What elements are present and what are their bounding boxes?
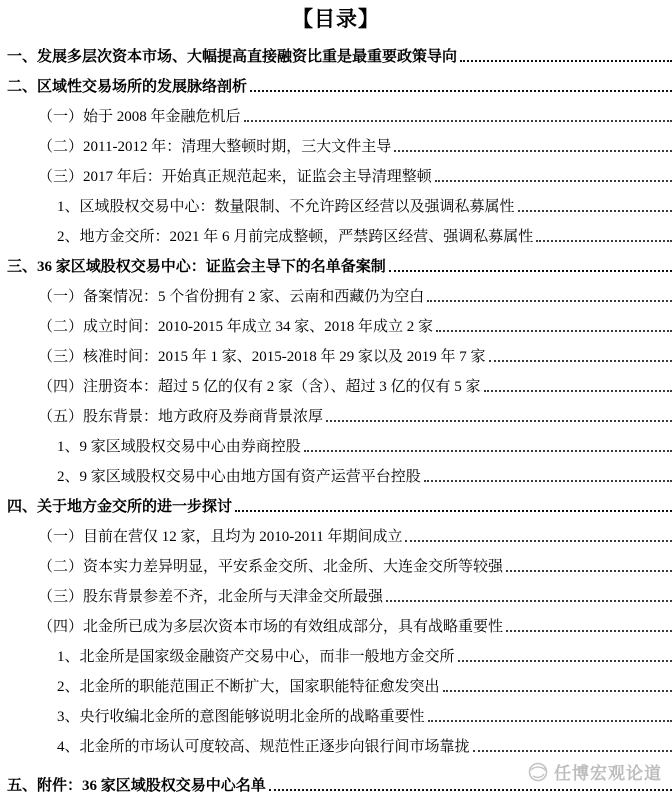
toc-item-text: （四）注册资本：超过 5 亿的仅有 2 家（含）、超过 3 亿的仅有 5 家 <box>38 375 484 396</box>
dotted-leader <box>250 90 672 92</box>
dotted-leader <box>389 270 672 272</box>
toc-item: 1、区域股权交易中心：数量限制、不允许跨区经营以及强调私募属性 <box>0 190 672 220</box>
dotted-leader <box>269 789 672 791</box>
dotted-leader <box>428 720 672 722</box>
toc-item: 1、9 家区域股权交易中心由券商控股 <box>0 430 672 460</box>
page-title: 【目录】 <box>0 0 672 40</box>
toc-item-text: （二）2011-2012 年：清理大整顿时期，三大文件主导 <box>38 135 394 156</box>
toc-item: （五）股东背景：地方政府及券商背景浓厚 <box>0 400 672 430</box>
toc-item-text: （四）北金所已成为多层次资本市场的有效组成部分，具有战略重要性 <box>38 615 506 636</box>
dotted-leader <box>536 240 672 242</box>
toc-item: 2、地方金交所：2021 年 6 月前完成整顿，严禁跨区经营、强调私募属性 <box>0 220 672 250</box>
dotted-leader <box>436 330 672 332</box>
dotted-leader <box>435 180 672 182</box>
dotted-leader <box>394 150 672 152</box>
toc-item: 一、发展多层次资本市场、大幅提高直接融资比重是最重要政策导向 <box>0 40 672 70</box>
toc-item: 三、36 家区域股权交易中心：证监会主导下的名单备案制 <box>0 250 672 280</box>
watermark-logo-icon <box>527 761 549 783</box>
toc-item-text: 五、附件：36 家区域股权交易中心名单 <box>7 774 269 795</box>
toc-item: （三）股东背景参差不齐，北金所与天津金交所最强 <box>0 580 672 610</box>
watermark-text: 任博宏观论道 <box>554 759 662 784</box>
toc-item: 1、北金所是国家级金融资产交易中心，而非一般地方金交所 <box>0 640 672 670</box>
toc-item-text: 三、36 家区域股权交易中心：证监会主导下的名单备案制 <box>7 255 389 276</box>
toc-item-text: （二）成立时间：2010-2015 年成立 34 家、2018 年成立 2 家 <box>38 315 436 336</box>
toc-item: 四、关于地方金交所的进一步探讨 <box>0 490 672 520</box>
toc-item: （二）2011-2012 年：清理大整顿时期，三大文件主导 <box>0 130 672 160</box>
toc-item: 4、北金所的市场认可度较高、规范性正逐步向银行间市场靠拢 <box>0 730 672 760</box>
toc-item-text: （二）资本实力差异明显，平安系金交所、北金所、大连金交所等较强 <box>38 555 506 576</box>
dotted-leader <box>458 660 672 662</box>
dotted-leader <box>424 480 672 482</box>
dotted-leader <box>473 750 672 752</box>
toc-list: 一、发展多层次资本市场、大幅提高直接融资比重是最重要政策导向二、区域性交易场所的… <box>0 40 672 799</box>
dotted-leader <box>460 60 672 62</box>
toc-item-text: 1、北金所是国家级金融资产交易中心，而非一般地方金交所 <box>57 645 458 666</box>
dotted-leader <box>506 570 672 572</box>
toc-item-text: （三）股东背景参差不齐，北金所与天津金交所最强 <box>38 585 386 606</box>
toc-item-text: 4、北金所的市场认可度较高、规范性正逐步向银行间市场靠拢 <box>57 735 473 756</box>
dotted-leader <box>484 390 672 392</box>
toc-item: 3、央行收编北金所的意图能够说明北金所的战略重要性 <box>0 700 672 730</box>
toc-item: （一）始于 2008 年金融危机后 <box>0 100 672 130</box>
dotted-leader <box>244 120 672 122</box>
toc-item-text: 一、发展多层次资本市场、大幅提高直接融资比重是最重要政策导向 <box>7 45 460 66</box>
toc-item-text: 2、地方金交所：2021 年 6 月前完成整顿，严禁跨区经营、强调私募属性 <box>57 225 536 246</box>
toc-item-text: 四、关于地方金交所的进一步探讨 <box>7 495 235 516</box>
dotted-leader <box>443 690 672 692</box>
toc-item: （二）成立时间：2010-2015 年成立 34 家、2018 年成立 2 家 <box>0 310 672 340</box>
toc-item: 2、北金所的职能范围正不断扩大，国家职能特征愈发突出 <box>0 670 672 700</box>
toc-item: （一）目前在营仅 12 家，且均为 2010-2011 年期间成立 <box>0 520 672 550</box>
toc-item: （四）北金所已成为多层次资本市场的有效组成部分，具有战略重要性 <box>0 610 672 640</box>
toc-item: （三）2017 年后：开始真正规范起来，证监会主导清理整顿 <box>0 160 672 190</box>
dotted-leader <box>235 510 672 512</box>
toc-item-text: 2、北金所的职能范围正不断扩大，国家职能特征愈发突出 <box>57 675 443 696</box>
toc-item-text: （五）股东背景：地方政府及券商背景浓厚 <box>38 405 326 426</box>
document-page: 【目录】 一、发展多层次资本市场、大幅提高直接融资比重是最重要政策导向二、区域性… <box>0 0 672 803</box>
toc-item-text: （一）目前在营仅 12 家，且均为 2010-2011 年期间成立 <box>38 525 405 546</box>
toc-item-text: 2、9 家区域股权交易中心由地方国有资产运营平台控股 <box>57 465 424 486</box>
toc-item-text: （一）备案情况：5 个省份拥有 2 家、云南和西藏仍为空白 <box>38 285 427 306</box>
toc-item: （四）注册资本：超过 5 亿的仅有 2 家（含）、超过 3 亿的仅有 5 家 <box>0 370 672 400</box>
dotted-leader <box>326 420 672 422</box>
toc-item-text: 1、区域股权交易中心：数量限制、不允许跨区经营以及强调私募属性 <box>57 195 518 216</box>
dotted-leader <box>304 450 672 452</box>
toc-item: 2、9 家区域股权交易中心由地方国有资产运营平台控股 <box>0 460 672 490</box>
toc-item-text: 3、央行收编北金所的意图能够说明北金所的战略重要性 <box>57 705 428 726</box>
dotted-leader <box>489 360 672 362</box>
toc-item-text: （三）核准时间：2015 年 1 家、2015-2018 年 29 家以及 20… <box>38 345 489 366</box>
dotted-leader <box>386 600 672 602</box>
toc-item-text: （三）2017 年后：开始真正规范起来，证监会主导清理整顿 <box>38 165 435 186</box>
toc-item-text: （一）始于 2008 年金融危机后 <box>38 105 244 126</box>
toc-item: 二、区域性交易场所的发展脉络剖析 <box>0 70 672 100</box>
dotted-leader <box>405 540 672 542</box>
toc-item: （一）备案情况：5 个省份拥有 2 家、云南和西藏仍为空白 <box>0 280 672 310</box>
toc-item-text: 二、区域性交易场所的发展脉络剖析 <box>7 75 250 96</box>
dotted-leader <box>506 630 672 632</box>
toc-item: （三）核准时间：2015 年 1 家、2015-2018 年 29 家以及 20… <box>0 340 672 370</box>
watermark: 任博宏观论道 <box>525 759 664 784</box>
dotted-leader <box>427 300 672 302</box>
toc-item: （二）资本实力差异明显，平安系金交所、北金所、大连金交所等较强 <box>0 550 672 580</box>
toc-item-text: 1、9 家区域股权交易中心由券商控股 <box>57 435 304 456</box>
dotted-leader <box>518 210 672 212</box>
